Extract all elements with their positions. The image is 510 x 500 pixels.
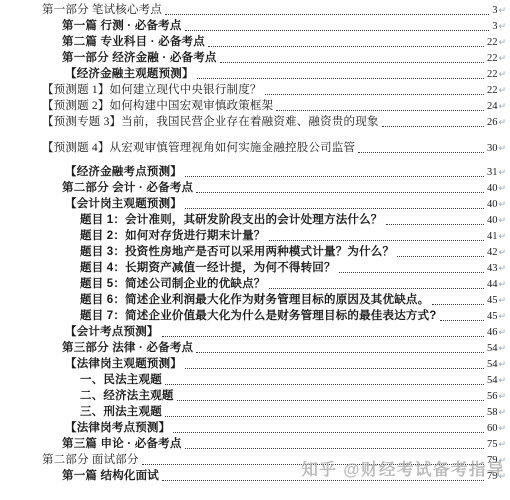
toc-entry-text: 【预测题 4】从宏观审慎管理视角如何实施金融控股公司监管: [42, 141, 355, 156]
paragraph-return-mark-icon: ↵: [498, 310, 506, 324]
toc-page-number: 3: [492, 3, 497, 18]
toc-entry[interactable]: 【法律岗主观题预测】54↵: [0, 356, 510, 372]
paragraph-return-mark-icon: ↵: [498, 438, 506, 452]
toc-page-number: 40: [487, 197, 498, 212]
toc-page-number: 41: [487, 229, 498, 244]
toc-page-number: 3: [492, 19, 497, 34]
toc-entry-text: 题目 2：如何对存货进行期末计量？: [80, 229, 266, 244]
toc-page-number: 43: [487, 261, 498, 276]
toc-entry-text: 题目 4：长期资产减值一经计提，为何不得转回？: [80, 261, 336, 276]
toc-leader-dots: [432, 304, 484, 305]
paragraph-return-mark-icon: ↵: [498, 470, 506, 484]
toc-leader-dots: [265, 94, 484, 95]
toc-entry-text: 第一篇 结构化面试: [62, 469, 159, 484]
paragraph-return-mark-icon: ↵: [498, 358, 506, 372]
toc-leader-dots: [196, 192, 484, 193]
toc-page-number: 40: [487, 181, 498, 196]
toc-page-number: 30: [487, 141, 498, 156]
paragraph-return-mark-icon: ↵: [498, 20, 506, 34]
paragraph-return-mark-icon: ↵: [498, 422, 506, 436]
toc-entry[interactable]: 【法律岗考点预测】60↵: [0, 420, 510, 436]
toc-leader-dots: [185, 30, 490, 31]
toc-page-number: 22: [487, 35, 498, 50]
toc-leader-dots: [196, 352, 484, 353]
toc-entry-text: 题目 1：会计准则，其研发阶段支出的会计处理方法什么？: [80, 213, 383, 228]
toc-leader-dots: [382, 126, 484, 127]
toc-entry-text: 第三篇 申论 · 必备考点: [62, 437, 182, 452]
toc-page-number: 45: [487, 309, 498, 324]
paragraph-return-mark-icon: ↵: [498, 278, 506, 292]
toc-entry[interactable]: 【预测题 4】从宏观审慎管理视角如何实施金融控股公司监管30↵: [0, 140, 510, 156]
toc-entry[interactable]: 【预测题 2】如何构建中国宏观审慎政策框架24↵: [0, 98, 510, 114]
paragraph-return-mark-icon: ↵: [498, 406, 506, 420]
toc-entry[interactable]: 题目 5：简述公司制企业的优缺点？44↵: [0, 276, 510, 292]
toc-entry[interactable]: 题目 7：简述企业价值最大化为什么是财务管理目标的最佳表达方式?45↵: [0, 308, 510, 324]
toc-page-number: 22: [487, 83, 498, 98]
toc-leader-dots: [220, 62, 484, 63]
toc-page-number: 40: [487, 213, 498, 228]
toc-page-number: 46: [487, 325, 498, 340]
paragraph-return-mark-icon: ↵: [498, 142, 506, 156]
toc-leader-dots: [185, 448, 484, 449]
toc-leader-dots: [162, 480, 484, 481]
toc-entry[interactable]: 第三部分 法律 · 必备考点54↵: [0, 340, 510, 356]
toc-entry-text: 第一部分 经济金融 · 必备考点: [62, 51, 217, 66]
paragraph-return-mark-icon: ↵: [498, 4, 506, 18]
toc-entry-text: 【会计岗主观题预测】: [65, 197, 182, 212]
toc-entry[interactable]: 题目 3：投资性房地产是否可以采用两种模式计量？为什么？42↵: [0, 244, 510, 260]
toc-entry[interactable]: 第三篇 申论 · 必备考点75↵: [0, 436, 510, 452]
toc-entry-text: 【法律岗考点预测】: [65, 421, 170, 436]
toc-leader-dots: [386, 224, 484, 225]
toc-leader-dots: [165, 416, 484, 417]
toc-entry-text: 题目 7：简述企业价值最大化为什么是财务管理目标的最佳表达方式?: [80, 309, 437, 324]
toc-entry[interactable]: 三、刑法主观题58↵: [0, 404, 510, 420]
toc-entry-text: 第一篇 行测 · 必备考点: [62, 19, 182, 34]
toc-leader-dots: [185, 208, 484, 209]
paragraph-return-mark-icon: ↵: [498, 374, 506, 388]
toc-leader-dots: [339, 272, 484, 273]
toc-entry-text: 【预测专题 3】当前，我国民营企业存在着融资难、融资贵的现象: [42, 115, 379, 130]
paragraph-return-mark-icon: ↵: [498, 166, 506, 180]
toc-leader-dots: [269, 240, 484, 241]
toc-page-number: 60: [487, 421, 498, 436]
paragraph-return-mark-icon: ↵: [498, 182, 506, 196]
paragraph-return-mark-icon: ↵: [498, 326, 506, 340]
toc-entry-text: 题目 6：简述企业利润最大化作为财务管理目标的原因及其优缺点。: [80, 293, 429, 308]
toc-entry-text: 第二篇 专业科目 · 必备考点: [62, 35, 205, 50]
toc-entry[interactable]: 第二部分 会计 · 必备考点40↵: [0, 180, 510, 196]
toc-page-number: 56: [487, 389, 498, 404]
toc-leader-dots: [269, 288, 484, 289]
toc-page-number: 42: [487, 245, 498, 260]
toc-entry[interactable]: 题目 1：会计准则，其研发阶段支出的会计处理方法什么？40↵: [0, 212, 510, 228]
paragraph-return-mark-icon: ↵: [498, 36, 506, 50]
paragraph-return-mark-icon: ↵: [498, 342, 506, 356]
paragraph-return-mark-icon: ↵: [498, 100, 506, 114]
toc-entry[interactable]: 二、经济法主观题56↵: [0, 388, 510, 404]
paragraph-return-mark-icon: ↵: [498, 262, 506, 276]
toc-entry[interactable]: 第一篇 结构化面试79↵: [0, 468, 510, 484]
toc-entry-text: 第一部分 笔试核心考点: [42, 3, 162, 18]
toc-entry[interactable]: 第二部分 面试部分79↵: [0, 452, 510, 468]
paragraph-return-mark-icon: ↵: [498, 294, 506, 308]
paragraph-return-mark-icon: ↵: [498, 390, 506, 404]
toc-entry-text: 一、民法主观题: [80, 373, 162, 388]
toc-page-number: 26: [487, 115, 498, 130]
toc-page-number: 54: [487, 357, 498, 372]
toc-page-number: 22: [487, 51, 498, 66]
toc-entry-text: 【预测题 2】如何构建中国宏观审慎政策框架: [42, 99, 273, 114]
toc-entry[interactable]: 【预测专题 3】当前，我国民营企业存在着融资难、融资贵的现象26↵: [0, 114, 510, 130]
paragraph-return-mark-icon: ↵: [498, 198, 506, 212]
paragraph-return-mark-icon: ↵: [498, 246, 506, 260]
toc-entry-text: 【法律岗主观题预测】: [65, 357, 182, 372]
toc-leader-dots: [397, 256, 484, 257]
document-page: 第一部分 笔试核心考点3↵第一篇 行测 · 必备考点3↵第二篇 专业科目 · 必…: [0, 0, 510, 500]
toc-entry[interactable]: 第一部分 笔试核心考点3↵: [0, 2, 510, 18]
toc-entry[interactable]: 第二篇 专业科目 · 必备考点22↵: [0, 34, 510, 50]
toc-page-number: 22: [487, 67, 498, 82]
toc-page-number: 24: [487, 99, 498, 114]
toc-leader-dots: [440, 320, 484, 321]
toc-entry-text: 【会计考点预测】: [65, 325, 159, 340]
toc-entry[interactable]: 题目 2：如何对存货进行期末计量？41↵: [0, 228, 510, 244]
toc-page-number: 58: [487, 405, 498, 420]
toc-page-number: 54: [487, 373, 498, 388]
toc-page-number: 75: [487, 437, 498, 452]
toc-entry-text: 【经济金融考点预测】: [65, 165, 182, 180]
toc-leader-dots: [358, 152, 484, 153]
toc-entry[interactable]: 【预测题 1】如何建立现代中央银行制度？22↵: [0, 82, 510, 98]
toc-entry-text: 【预测题 1】如何建立现代中央银行制度？: [42, 83, 262, 98]
toc-leader-dots: [165, 14, 489, 15]
toc-leader-dots: [208, 46, 484, 47]
toc-entry-text: 【经济金融主观题预测】: [65, 67, 194, 82]
toc-page-number: 79: [487, 469, 498, 484]
toc-leader-dots: [165, 384, 484, 385]
toc-entry[interactable]: 【经济金融考点预测】31↵: [0, 164, 510, 180]
toc-entry[interactable]: 第一篇 行测 · 必备考点3↵: [0, 18, 510, 34]
toc-entry[interactable]: 【会计岗主观题预测】40↵: [0, 196, 510, 212]
paragraph-return-mark-icon: ↵: [498, 116, 506, 130]
toc-leader-dots: [162, 336, 484, 337]
toc-entry[interactable]: 第一部分 经济金融 · 必备考点22↵: [0, 50, 510, 66]
toc-entry[interactable]: 【会计考点预测】46↵: [0, 324, 510, 340]
toc-page-number: 44: [487, 277, 498, 292]
toc-leader-dots: [276, 110, 484, 111]
toc-leader-dots: [185, 176, 484, 177]
paragraph-return-mark-icon: ↵: [498, 84, 506, 98]
toc-entry-text: 题目 3：投资性房地产是否可以采用两种模式计量？为什么？: [80, 245, 394, 260]
paragraph-return-mark-icon: ↵: [498, 52, 506, 66]
toc-entry[interactable]: 题目 4：长期资产减值一经计提，为何不得转回？43↵: [0, 260, 510, 276]
toc-page-number: 54: [487, 341, 498, 356]
toc-entry[interactable]: 一、民法主观题54↵: [0, 372, 510, 388]
paragraph-return-mark-icon: ↵: [498, 454, 506, 468]
paragraph-return-mark-icon: ↵: [498, 68, 506, 82]
toc-entry[interactable]: 题目 6：简述企业利润最大化作为财务管理目标的原因及其优缺点。45↵: [0, 292, 510, 308]
toc-entry-text: 题目 5：简述公司制企业的优缺点？: [80, 277, 266, 292]
toc-entry-text: 第三部分 法律 · 必备考点: [62, 341, 193, 356]
toc-page-number: 79: [487, 453, 498, 468]
toc-leader-dots: [173, 432, 484, 433]
toc-entry-text: 三、刑法主观题: [80, 405, 162, 420]
table-of-contents: 第一部分 笔试核心考点3↵第一篇 行测 · 必备考点3↵第二篇 专业科目 · 必…: [0, 2, 510, 484]
paragraph-return-mark-icon: ↵: [498, 230, 506, 244]
toc-entry-text: 第二部分 会计 · 必备考点: [62, 181, 193, 196]
toc-leader-dots: [185, 368, 484, 369]
paragraph-return-mark-icon: ↵: [498, 214, 506, 228]
toc-leader-dots: [197, 78, 484, 79]
toc-leader-dots: [177, 400, 484, 401]
toc-leader-dots: [142, 464, 484, 465]
toc-page-number: 31: [487, 165, 498, 180]
toc-entry-text: 二、经济法主观题: [80, 389, 174, 404]
toc-page-number: 45: [487, 293, 498, 308]
toc-entry-text: 第二部分 面试部分: [42, 453, 139, 468]
toc-entry[interactable]: 【经济金融主观题预测】22↵: [0, 66, 510, 82]
